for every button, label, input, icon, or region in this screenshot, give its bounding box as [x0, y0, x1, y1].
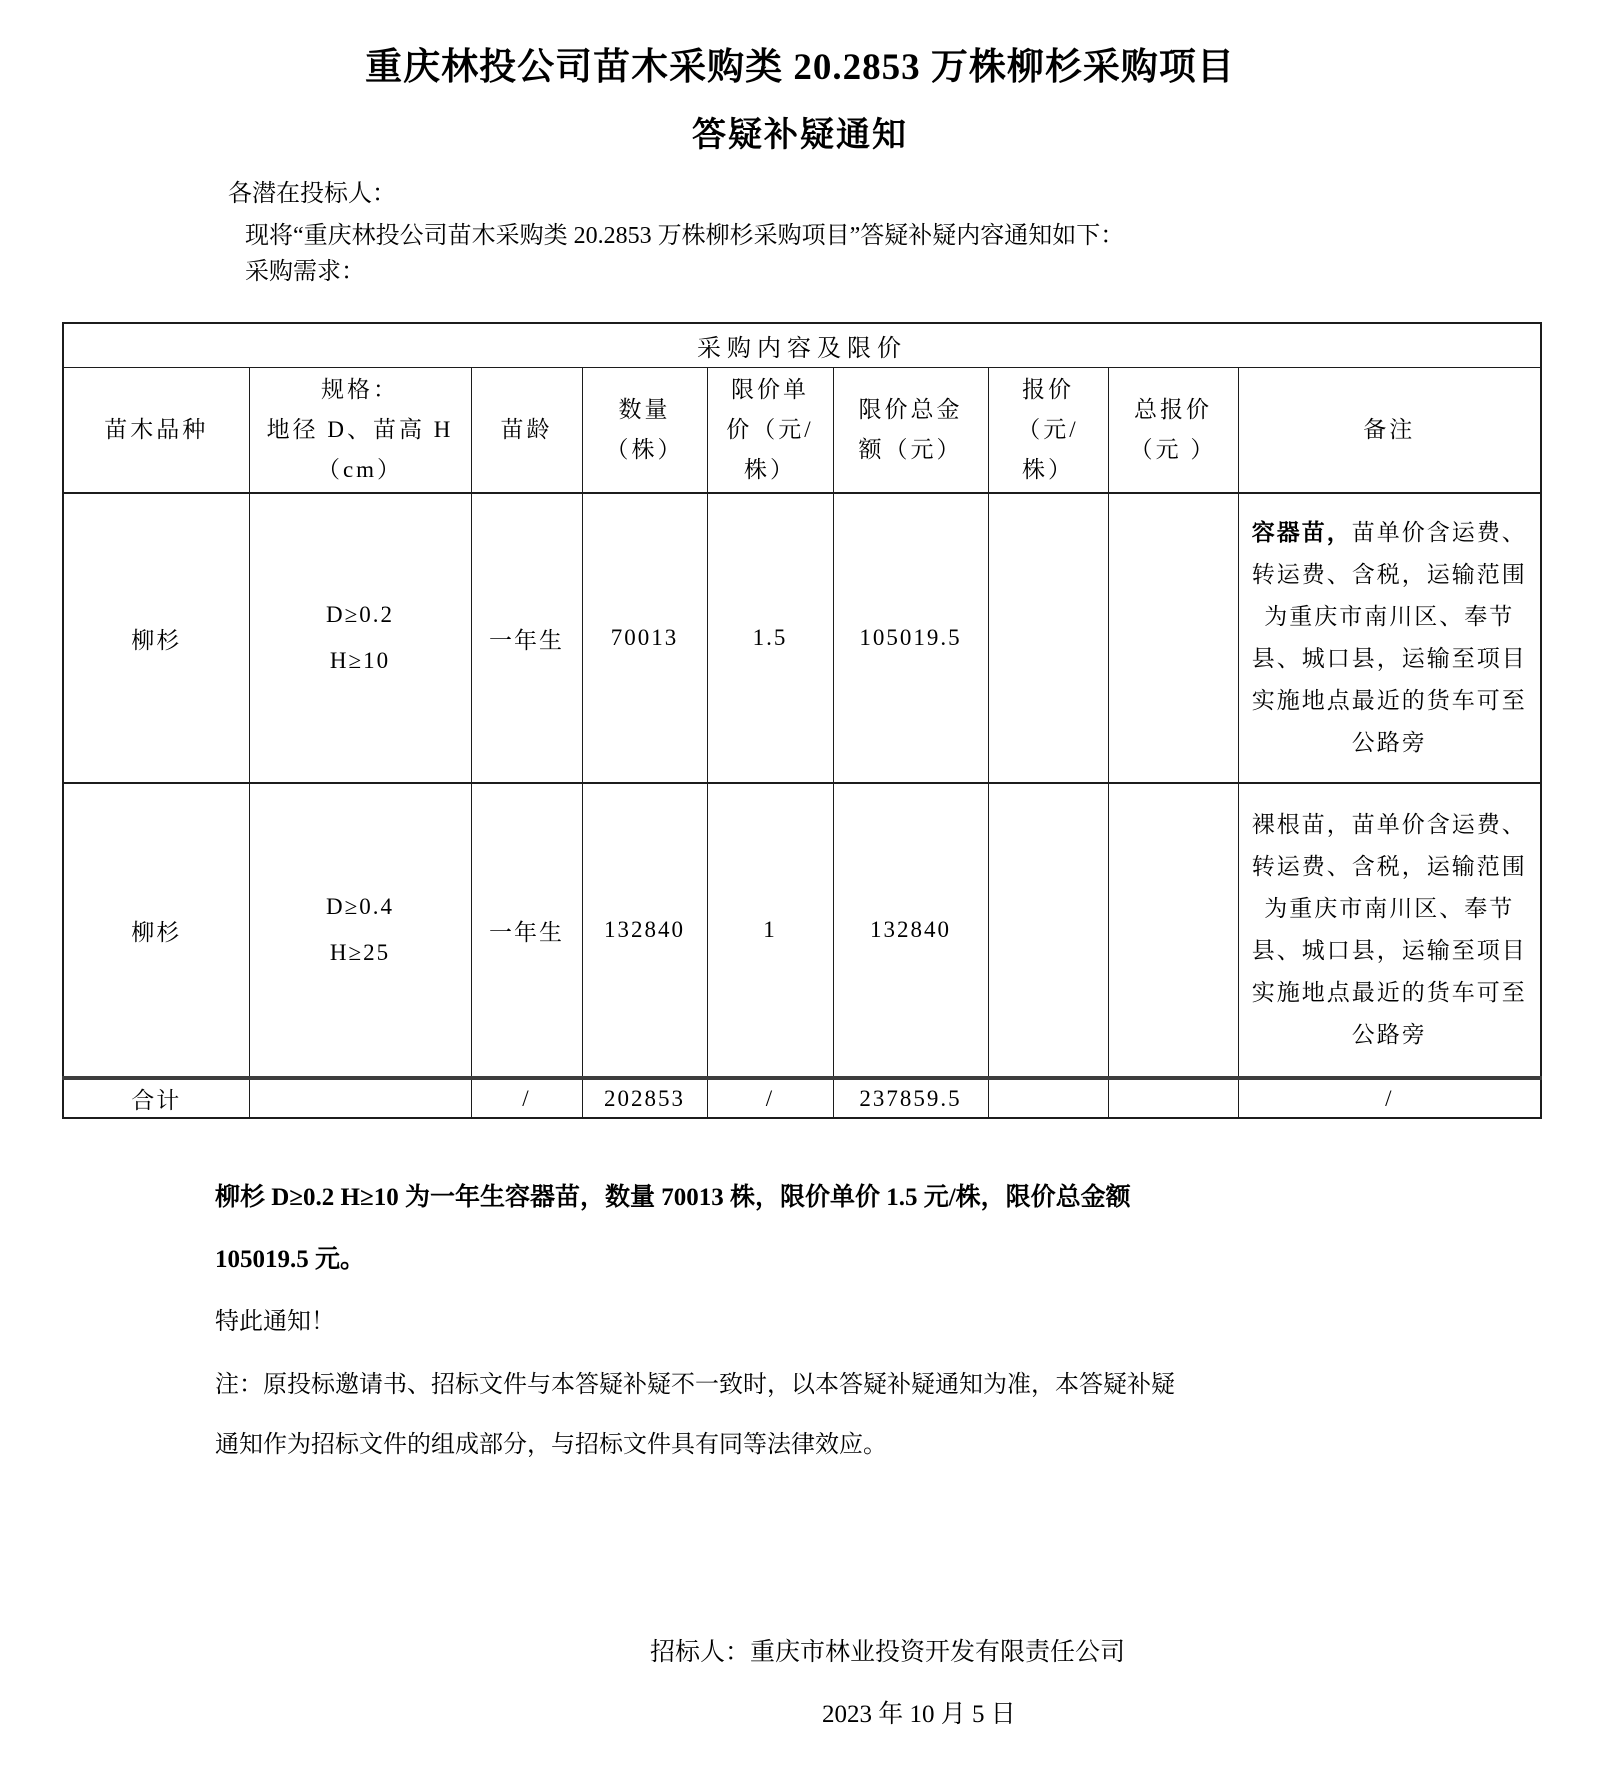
emphasis-line2: 105019.5 元。	[215, 1229, 1285, 1291]
col-header-spec: 规格： 地径 D、苗高 H （cm）	[249, 367, 471, 493]
col-header-bid-total: 总报价 （元 ）	[1108, 367, 1238, 493]
emphasis-paragraph: 柳杉 D≥0.2 H≥10 为一年生容器苗，数量 70013 株，限价单价 1.…	[215, 1167, 1285, 1291]
col-header-age: 苗龄	[471, 367, 582, 493]
col-header-quantity: 数量 （株）	[582, 367, 707, 493]
document: 重庆林投公司苗木采购类 20.2853 万株柳杉采购项目 答疑补疑通知 各潜在投…	[0, 0, 1600, 1766]
total-cap-total: 237859.5	[833, 1078, 988, 1118]
table-row: 柳杉 D≥0.2 H≥10 一年生 70013 1.5 105019.5 容器苗…	[63, 493, 1541, 783]
total-quantity: 202853	[582, 1078, 707, 1118]
salutation: 各潜在投标人：	[228, 180, 1600, 208]
table-row: 柳杉 D≥0.4 H≥25 一年生 132840 1 132840 裸根苗，苗单…	[63, 783, 1541, 1078]
col-header-bid-price: 报价 （元/ 株）	[988, 367, 1108, 493]
table-header-row: 苗木品种 规格： 地径 D、苗高 H （cm） 苗龄 数量 （株） 限价单 价（…	[63, 367, 1541, 493]
cell-cap-total: 132840	[833, 783, 988, 1078]
total-cap-unit-price: /	[707, 1078, 833, 1118]
col-header-species: 苗木品种	[63, 367, 249, 493]
table-total-row: 合计 / 202853 / 237859.5 /	[63, 1078, 1541, 1118]
doc-title-line1: 重庆林投公司苗木采购类 20.2853 万株柳杉采购项目	[0, 0, 1600, 90]
cell-cap-unit-price: 1.5	[707, 493, 833, 783]
emphasis-line1: 柳杉 D≥0.2 H≥10 为一年生容器苗，数量 70013 株，限价单价 1.…	[215, 1167, 1285, 1229]
cell-bid-price	[988, 493, 1108, 783]
remark-bold-prefix: 容器苗，	[1252, 520, 1352, 545]
total-remark: /	[1238, 1078, 1541, 1118]
date-line: 2023 年 10 月 5 日	[822, 1700, 1600, 1730]
intro-line: 现将“重庆林投公司苗木采购类 20.2853 万株柳杉采购项目”答疑补疑内容通知…	[245, 222, 1600, 250]
procurement-table: 采购内容及限价 苗木品种 规格： 地径 D、苗高 H （cm） 苗龄 数量 （株…	[62, 322, 1542, 1119]
total-age: /	[471, 1078, 582, 1118]
cell-age: 一年生	[471, 783, 582, 1078]
cell-remark: 裸根苗，苗单价含运费、转运费、含税，运输范围为重庆市南川区、奉节县、城口县，运输…	[1238, 783, 1541, 1078]
cell-remark: 容器苗，苗单价含运费、转运费、含税，运输范围为重庆市南川区、奉节县、城口县，运输…	[1238, 493, 1541, 783]
cell-quantity: 70013	[582, 493, 707, 783]
tenderer-line: 招标人：重庆市林业投资开发有限责任公司	[650, 1638, 1600, 1668]
total-spec	[249, 1078, 471, 1118]
total-bid-total	[1108, 1078, 1238, 1118]
col-header-cap-unit-price: 限价单 价（元/ 株）	[707, 367, 833, 493]
table-caption-row: 采购内容及限价	[63, 323, 1541, 367]
col-header-remark: 备注	[1238, 367, 1541, 493]
note-line1: 注：原投标邀请书、招标文件与本答疑补疑不一致时，以本答疑补疑通知为准，本答疑补疑	[215, 1355, 1305, 1415]
remark-text: 裸根苗，苗单价含运费、转运费、含税，运输范围为重庆市南川区、奉节县、城口县，运输…	[1252, 812, 1527, 1047]
cell-spec: D≥0.2 H≥10	[249, 493, 471, 783]
note-paragraph: 注：原投标邀请书、招标文件与本答疑补疑不一致时，以本答疑补疑通知为准，本答疑补疑…	[215, 1355, 1305, 1475]
cell-bid-price	[988, 783, 1108, 1078]
signature-block: 招标人：重庆市林业投资开发有限责任公司 2023 年 10 月 5 日	[0, 1638, 1600, 1730]
requirement-label: 采购需求：	[245, 258, 1600, 286]
note-line2: 通知作为招标文件的组成部分，与招标文件具有同等法律效应。	[215, 1415, 1305, 1475]
cell-cap-unit-price: 1	[707, 783, 833, 1078]
cell-species: 柳杉	[63, 493, 249, 783]
total-label: 合计	[63, 1078, 249, 1118]
cell-age: 一年生	[471, 493, 582, 783]
cell-quantity: 132840	[582, 783, 707, 1078]
cell-cap-total: 105019.5	[833, 493, 988, 783]
remark-text: 苗单价含运费、转运费、含税，运输范围为重庆市南川区、奉节县、城口县，运输至项目实…	[1252, 520, 1527, 755]
cell-species: 柳杉	[63, 783, 249, 1078]
document-page: { "doc": { "title_line1": "重庆林投公司苗木采购类 2…	[0, 0, 1600, 1766]
notice-line: 特此通知！	[215, 1307, 1600, 1337]
total-bid-price	[988, 1078, 1108, 1118]
col-header-cap-total: 限价总金 额（元）	[833, 367, 988, 493]
cell-bid-total	[1108, 783, 1238, 1078]
table-caption: 采购内容及限价	[63, 323, 1541, 367]
cell-spec: D≥0.4 H≥25	[249, 783, 471, 1078]
doc-title-line2: 答疑补疑通知	[0, 116, 1600, 156]
cell-bid-total	[1108, 493, 1238, 783]
